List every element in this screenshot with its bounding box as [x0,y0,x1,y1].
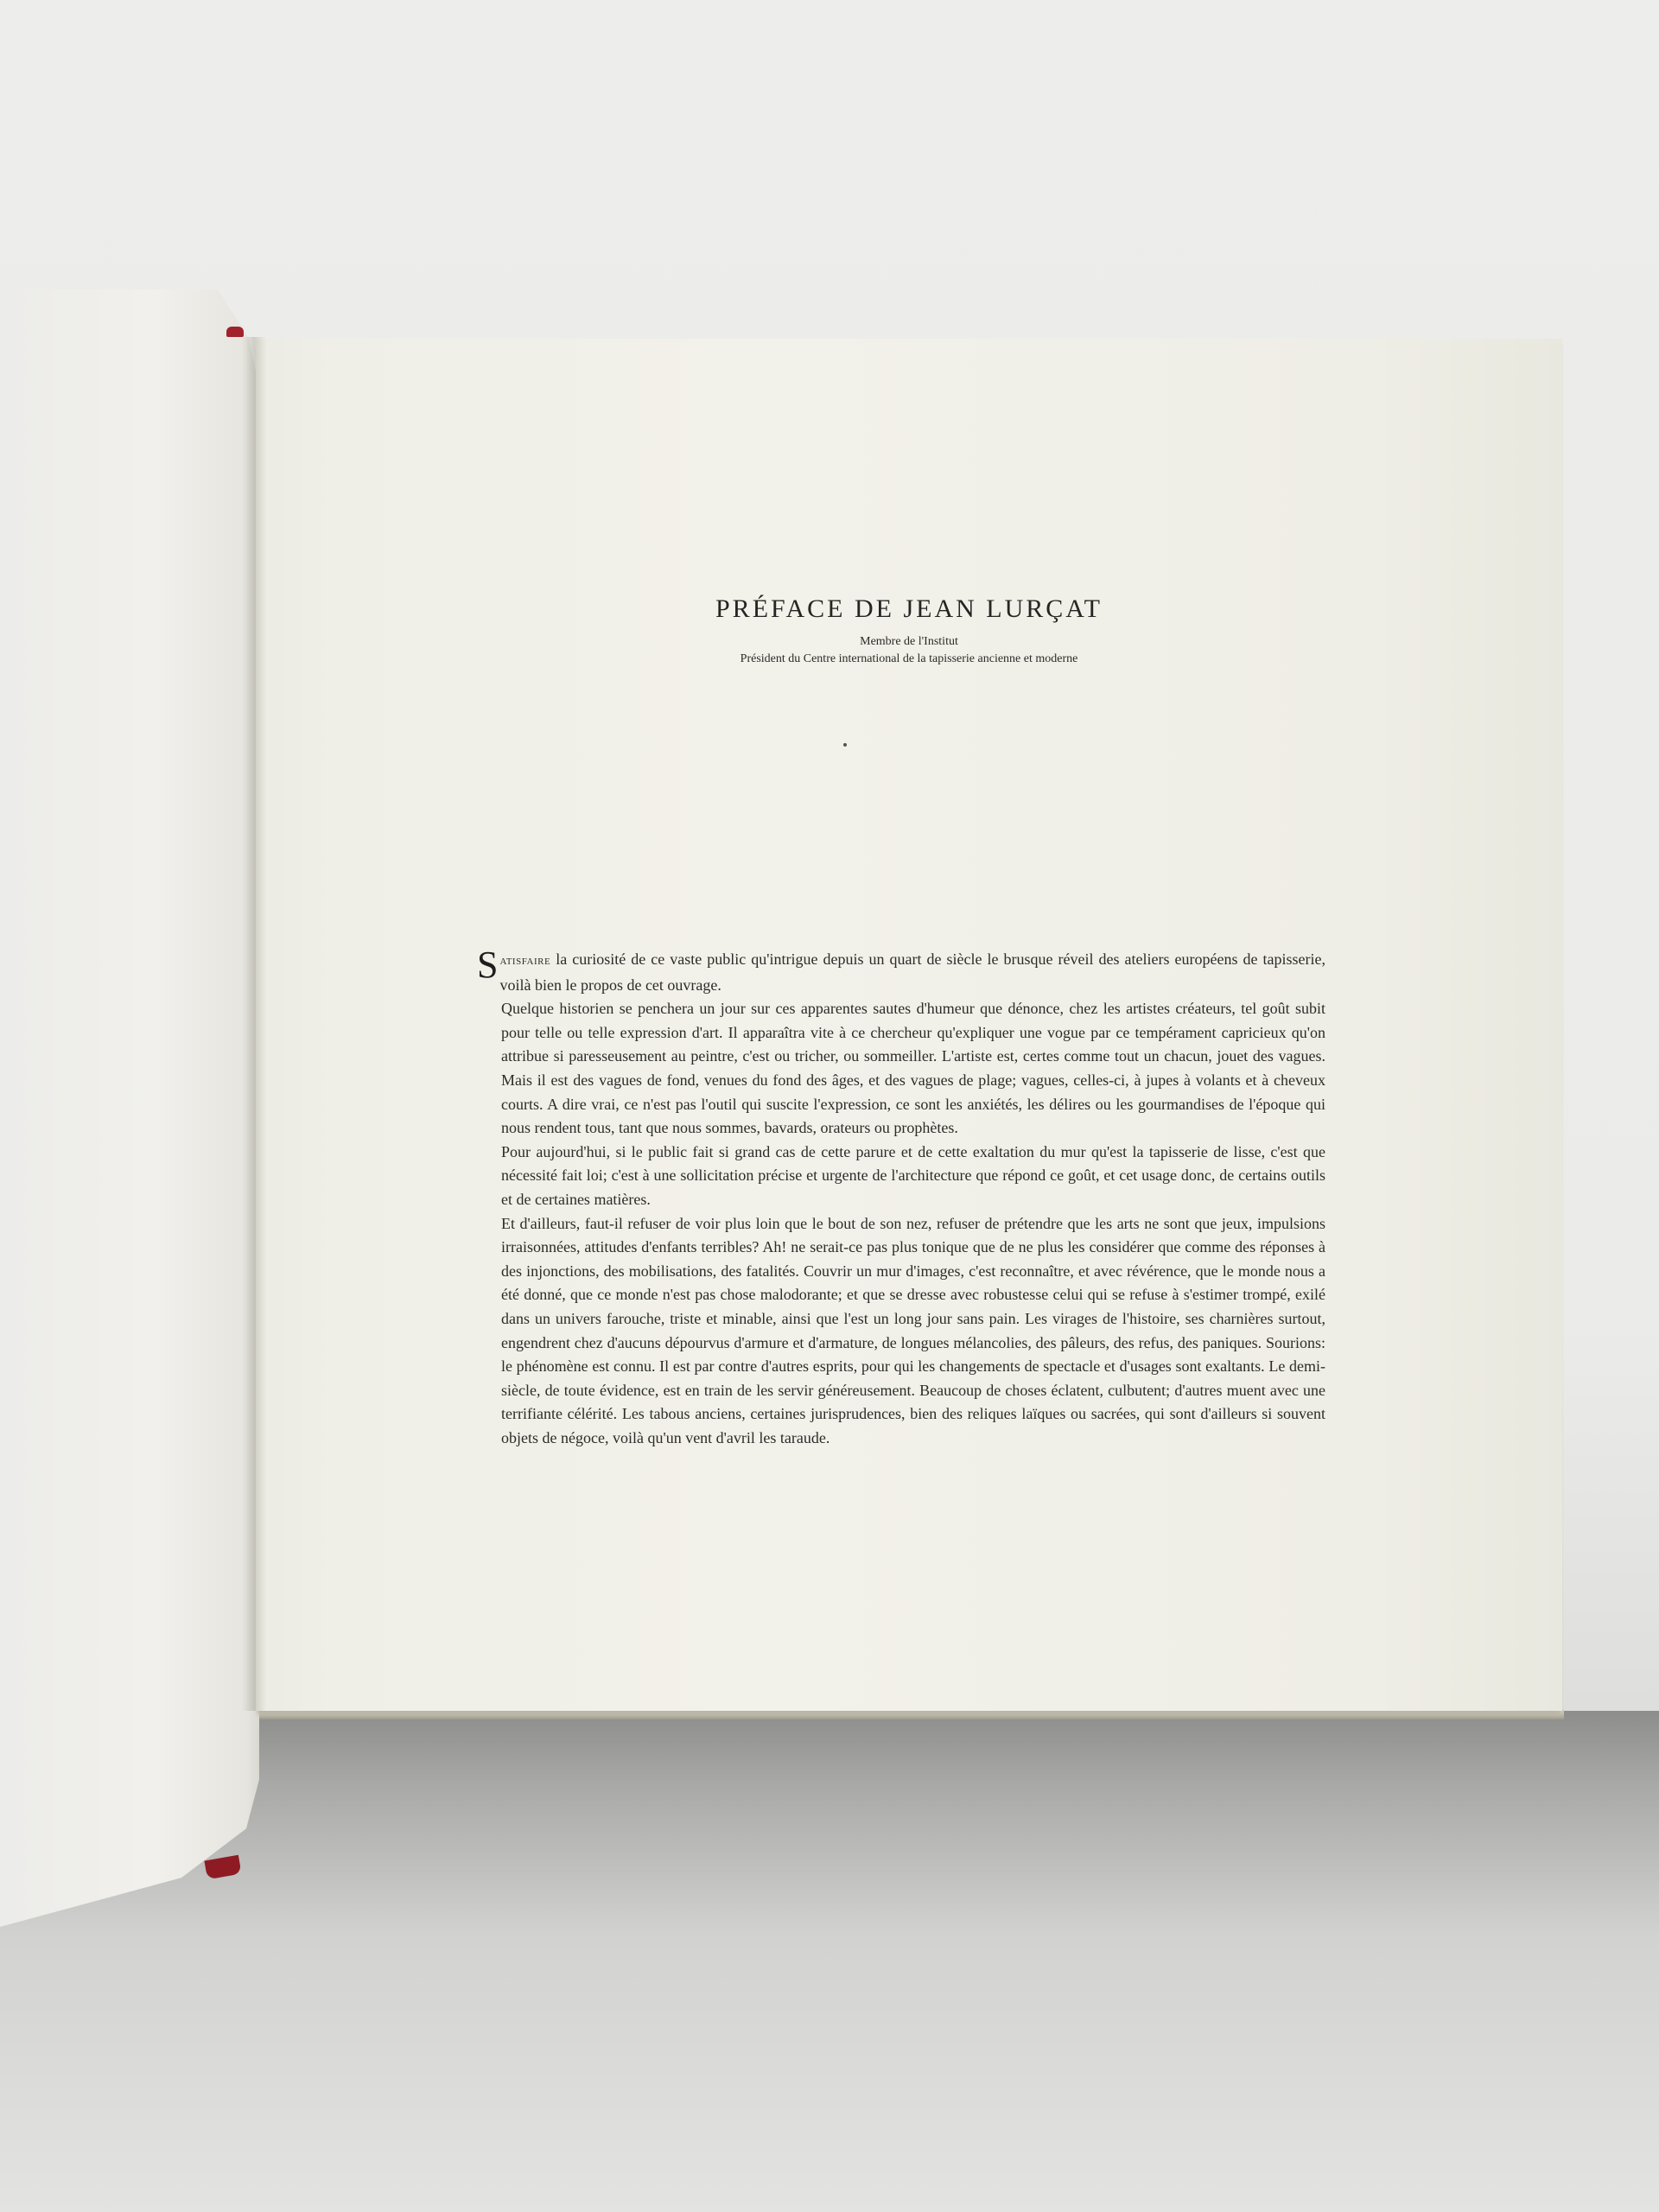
paragraph-2: Quelque historien se penchera un jour su… [489,997,1325,1141]
paragraph-1-text: la curiosité de ce vaste public qu'intri… [499,950,1325,994]
preface-title: PRÉFACE DE JEAN LURÇAT [256,594,1562,624]
paragraph-3: Pour aujourd'hui, si le public fait si g… [489,1141,1325,1212]
opening-word: atisfaire [499,954,550,968]
drop-cap: S [477,950,498,981]
author-affiliation-institut: Membre de l'Institut [256,635,1562,649]
book-cover-edge-top [226,327,244,337]
paragraph-1: Satisfaire la curiosité de ce vaste publ… [489,948,1325,997]
paragraph-4: Et d'ailleurs, faut-il refuser de voir p… [489,1212,1325,1451]
ornament-dot [843,743,847,747]
left-page [0,289,259,1927]
author-affiliation-centre: Président du Centre international de la … [256,652,1562,666]
preface-body: Satisfaire la curiosité de ce vaste publ… [489,948,1325,1450]
right-page: PRÉFACE DE JEAN LURÇAT Membre de l'Insti… [256,339,1562,1711]
gutter-shadow [242,337,266,1711]
